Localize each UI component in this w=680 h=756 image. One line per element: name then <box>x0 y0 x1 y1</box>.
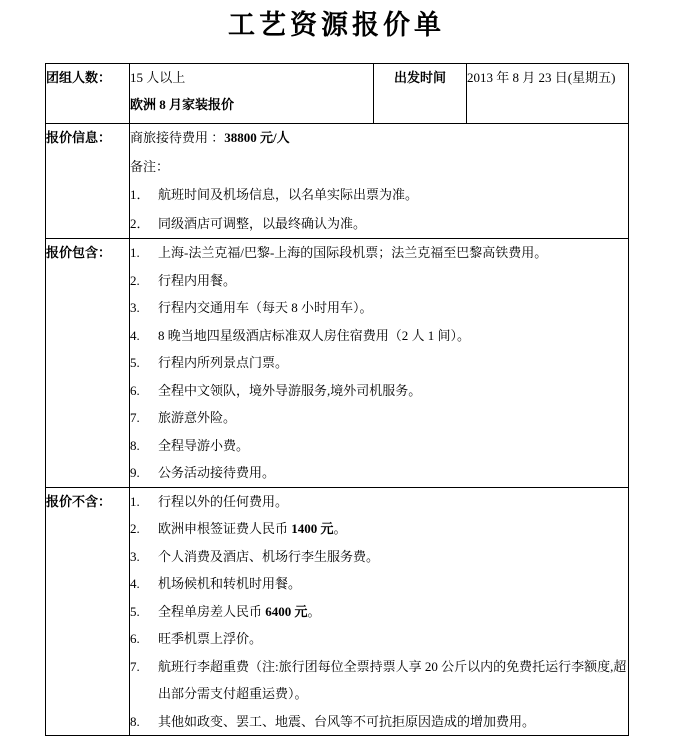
notes-label: 备注： <box>130 153 628 182</box>
include-item: 7.旅游意外险。 <box>130 404 628 432</box>
quote-info-row: 报价信息： 商旅接待费用 ：38800 元/人 备注： 1．航班时间及机场信息，… <box>46 124 629 239</box>
exclude-item: 8.其他如政变、罢工、地震、台风等不可抗拒原因造成的增加费用。 <box>130 708 628 736</box>
exclude-item: 4.机场候机和转机时用餐。 <box>130 570 628 598</box>
note-item: 1．航班时间及机场信息，以名单实际出票为准。 <box>130 181 628 210</box>
include-item: 9.公务活动接待费用。 <box>130 459 628 487</box>
include-item: 5.行程内所列景点门票。 <box>130 349 628 377</box>
exclude-item: 2.欧洲申根签证费人民币 1400 元。 <box>130 515 628 543</box>
quote-excludes-label: 报价不含： <box>46 487 130 736</box>
group-row: 团组人数： 15 人以上 欧洲 8 月家装报价 出发时间 2013 年 8 月 … <box>46 64 629 124</box>
exclude-item: 6.旺季机票上浮价。 <box>130 625 628 653</box>
note-item: 2．同级酒店可调整，以最终确认为准。 <box>130 210 628 239</box>
include-item: 2.行程内用餐。 <box>130 267 628 295</box>
quote-excludes-cell: 1.行程以外的任何费用。 2.欧洲申根签证费人民币 1400 元。 3.个人消费… <box>130 487 629 736</box>
page-title: 工艺资源报价单 <box>45 8 628 42</box>
quote-includes-cell: 1.上海-法兰克福/巴黎-上海的国际段机票；法兰克福至巴黎高铁费用。 2.行程内… <box>130 239 629 488</box>
include-item: 6.全程中文领队，境外导游服务,境外司机服务。 <box>130 377 628 405</box>
include-item: 1.上海-法兰克福/巴黎-上海的国际段机票；法兰克福至巴黎高铁费用。 <box>130 239 628 267</box>
include-item: 3.行程内交通用车（每天 8 小时用车）。 <box>130 294 628 322</box>
departure-time-label: 出发时间 <box>374 64 467 124</box>
exclude-item: 3.个人消费及酒店、机场行李生服务费。 <box>130 543 628 571</box>
fee-line: 商旅接待费用 ：38800 元/人 <box>130 124 628 153</box>
group-size-value: 15 人以上 <box>130 64 373 91</box>
group-size-cell: 15 人以上 欧洲 8 月家装报价 <box>130 64 374 124</box>
product-name: 欧洲 8 月家装报价 <box>130 91 373 118</box>
quote-excludes-row: 报价不含： 1.行程以外的任何费用。 2.欧洲申根签证费人民币 1400 元。 … <box>46 487 629 736</box>
exclude-item: 7.航班行李超重费（注:旅行团每位全票持票人享 20 公斤以内的免费托运行李额度… <box>130 653 628 708</box>
group-size-label: 团组人数： <box>46 64 130 124</box>
quote-includes-label: 报价包含： <box>46 239 130 488</box>
departure-date: 2013 年 8 月 23 日(星期五) <box>467 64 629 124</box>
exclude-item: 1.行程以外的任何费用。 <box>130 488 628 516</box>
quote-includes-row: 报价包含： 1.上海-法兰克福/巴黎-上海的国际段机票；法兰克福至巴黎高铁费用。… <box>46 239 629 488</box>
quotation-table: 团组人数： 15 人以上 欧洲 8 月家装报价 出发时间 2013 年 8 月 … <box>45 63 629 736</box>
fee-label: 商旅接待费用 ： <box>130 130 224 145</box>
exclude-item: 5.全程单房差人民币 6400 元。 <box>130 598 628 626</box>
quote-info-cell: 商旅接待费用 ：38800 元/人 备注： 1．航班时间及机场信息，以名单实际出… <box>130 124 629 239</box>
include-item: 4.8 晚当地四星级酒店标准双人房住宿费用（2 人 1 间）。 <box>130 322 628 350</box>
document-page: { "title": "工艺资源报价单", "colors": { "backg… <box>0 0 680 756</box>
fee-value: 38800 元/人 <box>224 130 289 145</box>
include-item: 8.全程导游小费。 <box>130 432 628 460</box>
quote-info-label: 报价信息： <box>46 124 130 239</box>
